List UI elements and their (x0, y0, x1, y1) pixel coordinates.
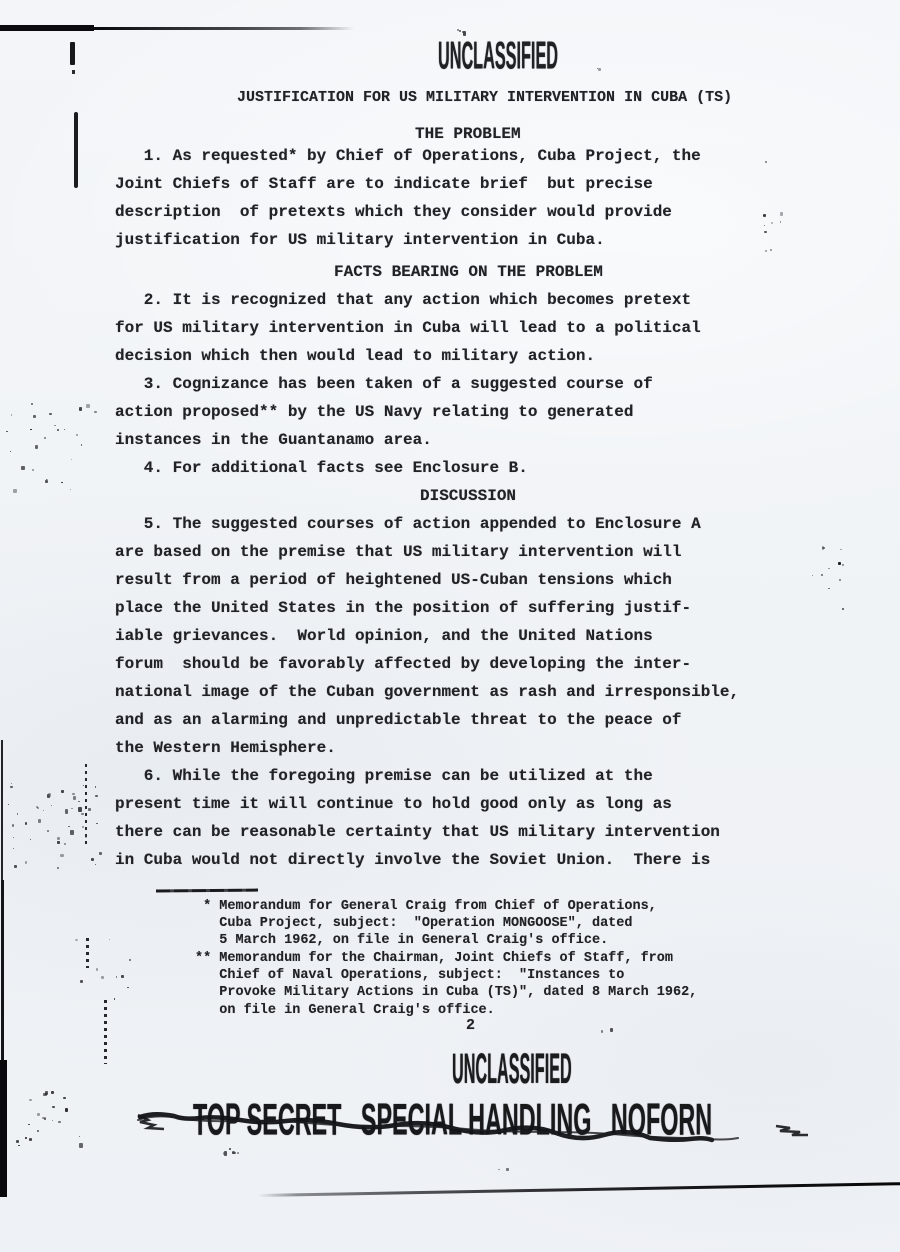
scan-edge-bar-upper (1, 740, 3, 885)
scan-speckle (47, 479, 48, 480)
scan-speckle (10, 786, 13, 788)
scan-speckle (95, 786, 96, 788)
scan-speckle (109, 939, 110, 940)
scan-speckle (64, 843, 66, 845)
scan-speckle (828, 588, 830, 590)
scan-speckle (51, 805, 53, 806)
scan-speckle (765, 161, 767, 164)
scan-speckle (822, 546, 824, 549)
scan-speckle (17, 813, 18, 815)
scan-speckle (33, 415, 36, 418)
scan-speckle (43, 810, 44, 811)
scan-speckle (68, 826, 70, 828)
scan-speckle (14, 865, 17, 868)
scan-speckle (82, 826, 85, 828)
scan-speckle (764, 225, 765, 226)
scan-speckle (75, 939, 78, 941)
scan-speckle (52, 1120, 53, 1121)
scan-speckle (58, 1121, 61, 1124)
paragraph-5: 5. The suggested courses of action appen… (115, 510, 739, 762)
unclassified-stamp-bottom: UNCLASSIFIED (452, 1049, 572, 1092)
scan-speckle (25, 1137, 28, 1139)
scan-speckle (54, 425, 56, 427)
scan-speckle (70, 489, 71, 490)
margin-vertical-line (74, 112, 78, 188)
scan-speckle (95, 864, 97, 865)
scan-speckle (57, 867, 59, 869)
scan-edge-line-bottom (258, 1182, 900, 1197)
scan-speckle (13, 489, 17, 493)
scan-speckle (28, 1124, 29, 1125)
scan-speckle (51, 1091, 53, 1094)
scan-speckle (32, 469, 34, 471)
scan-speckle (129, 959, 131, 961)
scan-speckle (81, 444, 83, 446)
scan-speckle (57, 837, 60, 840)
scan-speckle (47, 830, 49, 832)
scan-speckle (35, 445, 39, 449)
scan-speckle (95, 795, 98, 797)
scan-speckle (232, 1152, 236, 1154)
scan-speckle (71, 808, 73, 809)
scan-speckle (86, 404, 89, 407)
scan-speckle (37, 1130, 39, 1132)
scan-speckle (65, 809, 69, 814)
scan-speckle (838, 562, 841, 566)
scan-speckle (229, 1148, 232, 1150)
paragraph-1: 1. As requested* by Chief of Operations,… (115, 142, 701, 254)
scan-speckle (81, 813, 84, 815)
scan-speckle (65, 1108, 68, 1112)
scan-speckle (96, 968, 99, 971)
scan-speckle (101, 976, 105, 979)
scan-speckle (79, 1136, 81, 1137)
scanned-document-page: UNCLASSIFIED JUSTIFICATION FOR US MILITA… (0, 0, 900, 1252)
scan-speckle (96, 823, 98, 825)
scan-speckle (21, 466, 25, 471)
scan-speckle (52, 1106, 56, 1109)
scan-edge-bar-mid (1, 880, 4, 1065)
scan-speckle (30, 839, 31, 840)
scan-speckle (506, 1168, 510, 1171)
scan-speckle (601, 1030, 603, 1033)
scan-speckle (6, 431, 7, 432)
scan-speckle (57, 841, 60, 844)
scan-speckle (10, 451, 11, 452)
scan-speckle (13, 848, 14, 849)
scan-speckle (237, 1152, 239, 1155)
scan-speckle (121, 975, 124, 978)
scan-speckle (37, 1113, 41, 1116)
scan-speckle (116, 976, 117, 978)
scan-speckle (38, 819, 41, 823)
scan-speckle (498, 1169, 500, 1170)
scan-speckle (16, 1140, 19, 1144)
scan-speckle (11, 783, 12, 784)
scan-speckle (37, 807, 39, 809)
scan-speckle (63, 1097, 65, 1100)
scan-speckle (127, 987, 129, 988)
scan-speckle (25, 822, 28, 825)
section-heading-discussion: DISCUSSION (420, 482, 516, 510)
scan-speckle (12, 824, 14, 827)
scan-speckle (70, 830, 74, 835)
scan-edge-line-top (0, 27, 354, 30)
dotted-line-artifact (86, 938, 89, 968)
scan-speckle (459, 30, 461, 32)
scan-speckle (763, 214, 767, 218)
scan-speckle (45, 1091, 49, 1096)
scan-speckle (25, 861, 28, 864)
page-number: 2 (466, 1012, 475, 1040)
scan-speckle (821, 574, 823, 576)
scan-speckle (11, 414, 13, 416)
footnote-1: * Memorandum for General Craig from Chie… (195, 898, 657, 950)
margin-tick-mark (70, 42, 75, 65)
scan-speckle (29, 1138, 32, 1141)
paragraph-2: 2. It is recognized that any action whic… (115, 286, 701, 370)
section-heading-facts: FACTS BEARING ON THE PROBLEM (334, 258, 603, 286)
scan-speckle (598, 68, 602, 72)
scan-speckle (840, 549, 841, 551)
scan-speckle (72, 793, 74, 795)
scan-speckle (839, 579, 841, 581)
scan-speckle (61, 790, 64, 793)
scan-speckle (48, 793, 52, 797)
paragraph-4: 4. For additional facts see Enclosure B. (115, 454, 528, 482)
scan-speckle (780, 221, 782, 223)
scan-speckle (91, 858, 94, 861)
scan-speckle (61, 482, 63, 484)
scan-speckle (770, 249, 772, 251)
unclassified-stamp-top: UNCLASSIFIED (438, 37, 558, 76)
dotted-line-artifact (104, 1000, 107, 1064)
scan-speckle (18, 1145, 20, 1146)
scan-speckle (49, 413, 52, 415)
scan-speckle (771, 222, 773, 224)
paragraph-3: 3. Cognizance has been taken of a sugges… (115, 370, 653, 454)
scan-speckle (780, 212, 783, 215)
scan-speckle (765, 250, 767, 252)
scan-speckle (78, 801, 80, 802)
footnote-rule (156, 889, 258, 893)
scan-speckle (85, 834, 88, 837)
scan-speckle (64, 429, 66, 430)
scan-speckle (80, 980, 83, 983)
scan-speckle (79, 407, 82, 411)
scan-speckle (60, 854, 64, 858)
paragraph-6: 6. While the foregoing premise can be ut… (115, 762, 720, 874)
scan-speckle (31, 403, 33, 405)
scan-speckle (610, 1028, 613, 1032)
scan-speckle (30, 429, 32, 430)
scan-speckle (29, 1099, 32, 1102)
scan-speckle (44, 437, 46, 440)
scan-speckle (842, 608, 844, 610)
scan-speckle (71, 459, 72, 460)
strikethrough-scribble (136, 1100, 816, 1146)
scan-speckle (812, 575, 813, 576)
scan-speckle (76, 434, 78, 435)
scan-edge-bar-lower (0, 1060, 7, 1197)
scan-speckle (114, 998, 116, 1000)
scan-speckle (13, 837, 14, 838)
footnote-2: ** Memorandum for the Chairman, Joint Ch… (195, 950, 697, 1019)
scan-speckle (78, 807, 82, 811)
scan-speckle (73, 796, 76, 800)
scan-speckle (842, 564, 844, 566)
scan-speckle (828, 568, 830, 569)
scan-speckle (764, 231, 767, 233)
margin-dot (72, 70, 75, 74)
scan-speckle (8, 804, 9, 806)
scan-speckle (94, 411, 97, 413)
scan-speckle (99, 852, 102, 856)
scan-speckle (88, 808, 90, 811)
scan-speckle (57, 429, 59, 432)
scan-speckle (42, 1117, 45, 1120)
scan-speckle (79, 1143, 83, 1148)
scan-speckle (223, 1152, 227, 1155)
document-title: JUSTIFICATION FOR US MILITARY INTERVENTI… (237, 84, 732, 112)
